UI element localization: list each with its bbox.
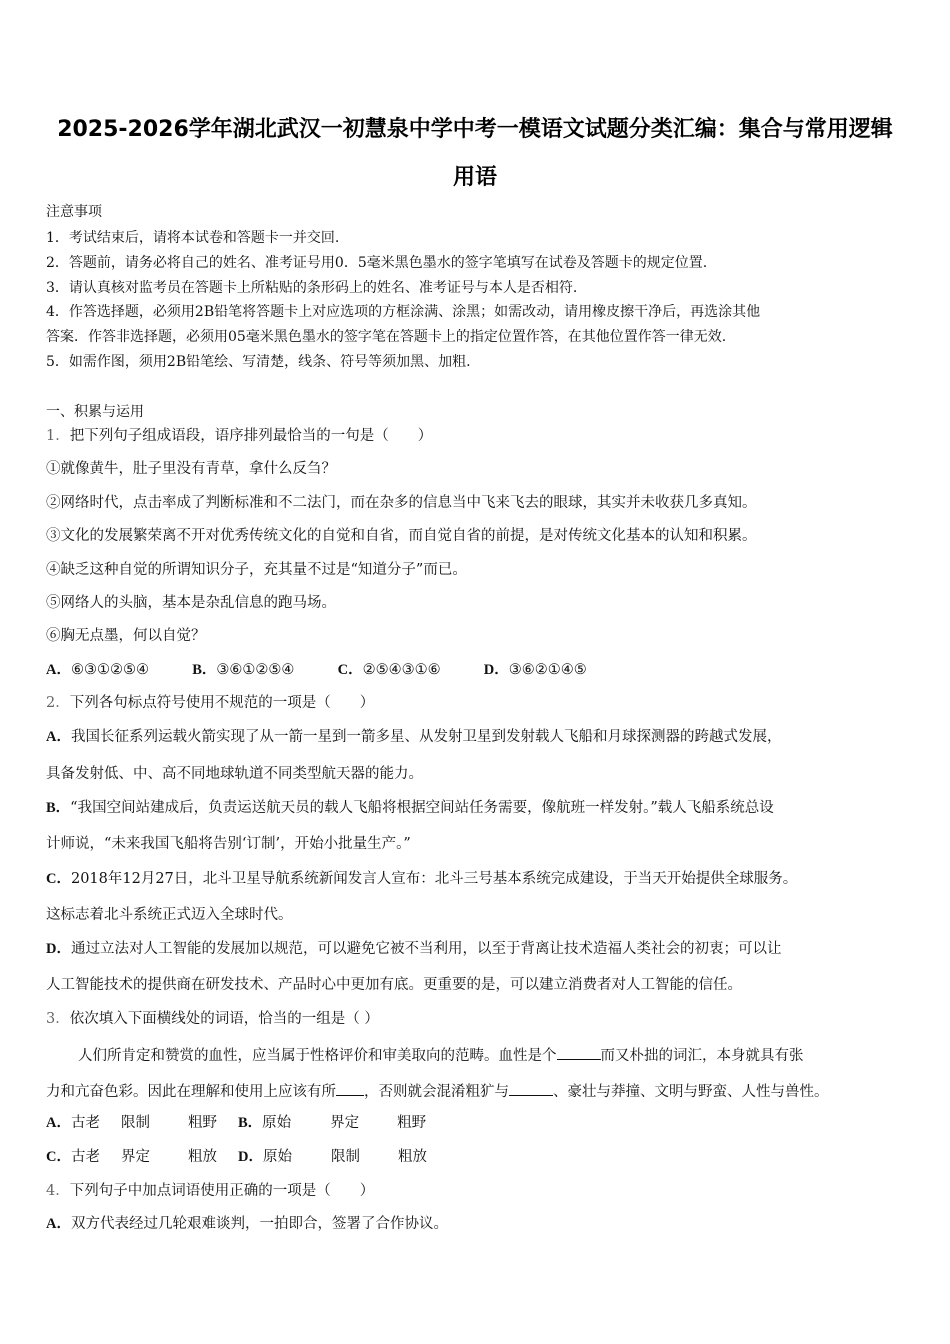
q2-option-d[interactable]: D．通过立法对人工智能的发展加以规范，可以避免它被不当利用，以至于背离让技术造福…	[46, 940, 781, 958]
question-3-stem: 3．依次填入下面横线处的词语，恰当的一组是（ ）	[46, 1010, 379, 1028]
q2-option-b-cont: 计师说，“未来我国飞船将告别‘订制’，开始小批量生产。”	[46, 835, 411, 853]
q3-option-a[interactable]: A．古老限制粗野	[46, 1115, 238, 1131]
q1-option-a[interactable]: A．⑥③①②⑤④	[46, 662, 149, 678]
q2-option-a[interactable]: A．我国长征系列运载火箭实现了从一箭一星到一箭多星、从发射卫星到发射载人飞船和月…	[46, 728, 781, 746]
q3-passage-line-2: 力和亢奋色彩。因此在理解和使用上应该有所，否则就会混淆粗犷与、豪壮与莽撞、文明与…	[46, 1081, 829, 1101]
question-number: 2．	[46, 695, 70, 711]
q1-sentence-1: ①就像黄牛，肚子里没有青草，拿什么反刍？	[46, 460, 336, 478]
q3-options-row-1: A．古老限制粗野B．原始界定粗野	[46, 1114, 426, 1132]
document-title-line1: 2025-2026学年湖北武汉一初慧泉中学中考一模语文试题分类汇编：集合与常用逻…	[0, 112, 950, 143]
notice-item-2: 2．答题前，请务必将自己的姓名、准考证号用0．5毫米黑色墨水的签字笔填写在试卷及…	[46, 254, 707, 272]
section-heading: 一、积累与运用	[46, 403, 144, 421]
q4-option-a[interactable]: A．双方代表经过几轮艰难谈判，一拍即合，签署了合作协议。	[46, 1215, 448, 1233]
question-text: 把下列句子组成语段，语序排列最恰当的一句是（ ）	[70, 428, 433, 444]
question-1-stem: 1．把下列句子组成语段，语序排列最恰当的一句是（ ）	[46, 427, 432, 445]
q1-options: A．⑥③①②⑤④ B．③⑥①②⑤④ C．②⑤④③①⑥ D．③⑥②①④⑤	[46, 661, 587, 679]
q3-passage-line-1: 人们所肯定和赞赏的血性，应当属于性格评价和审美取向的范畴。血性是个而又朴拙的词汇…	[78, 1045, 804, 1065]
notice-item-4-cont: 答案．作答非选择题，必须用05毫米黑色墨水的签字笔在答题卡上的指定位置作答，在其…	[46, 328, 726, 346]
fill-blank-3[interactable]	[509, 1081, 553, 1096]
fill-blank-2[interactable]	[336, 1081, 364, 1096]
question-text: 下列各句标点符号使用不规范的一项是（ ）	[70, 695, 375, 711]
q3-option-c[interactable]: C．古老界定粗放	[46, 1149, 238, 1165]
notice-item-4: 4．作答选择题，必须用2B铅笔将答题卡上对应选项的方框涂满、涂黑；如需改动，请用…	[46, 303, 760, 321]
question-number: 3．	[46, 1011, 70, 1027]
q2-option-c-cont: 这标志着北斗系统正式迈入全球时代。	[46, 906, 293, 924]
notice-heading: 注意事项	[46, 203, 102, 221]
q2-option-c[interactable]: C．2018年12月27日，北斗卫星导航系统新闻发言人宣布：北斗三号基本系统完成…	[46, 870, 797, 888]
question-2-stem: 2．下列各句标点符号使用不规范的一项是（ ）	[46, 694, 374, 712]
q1-option-d[interactable]: D．③⑥②①④⑤	[484, 662, 587, 678]
question-4-stem: 4．下列句子中加点词语使用正确的一项是（ ）	[46, 1182, 374, 1200]
question-number: 1．	[46, 428, 70, 444]
q2-option-d-cont: 人工智能技术的提供商在研发技术、产品时心中更加有底。更重要的是，可以建立消费者对…	[46, 976, 742, 994]
document-title-line2: 用语	[0, 160, 950, 191]
q1-sentence-4: ④缺乏这种自觉的所谓知识分子，充其量不过是“知道分子”而已。	[46, 561, 467, 579]
notice-item-1: 1．考试结束后，请将本试卷和答题卡一并交回.	[46, 229, 339, 247]
notice-item-3: 3．请认真核对监考员在答题卡上所粘贴的条形码上的姓名、准考证号与本人是否相符.	[46, 279, 577, 297]
q1-sentence-5: ⑤网络人的头脑，基本是杂乱信息的跑马场。	[46, 594, 336, 612]
q2-option-a-cont: 具备发射低、中、高不同地球轨道不同类型航天器的能力。	[46, 765, 423, 783]
fill-blank-1[interactable]	[557, 1045, 601, 1060]
q1-option-b[interactable]: B．③⑥①②⑤④	[192, 662, 294, 678]
q3-option-b[interactable]: B．原始界定粗野	[238, 1115, 426, 1131]
q3-option-d[interactable]: D．原始限制粗放	[238, 1149, 427, 1165]
q1-sentence-2: ②网络时代，点击率成了判断标准和不二法门，而在杂多的信息当中飞来飞去的眼球，其实…	[46, 494, 757, 512]
question-number: 4．	[46, 1183, 70, 1199]
q1-sentence-3: ③文化的发展繁荣离不开对优秀传统文化的自觉和自省，而自觉自省的前提，是对传统文化…	[46, 527, 757, 545]
q3-options-row-2: C．古老界定粗放D．原始限制粗放	[46, 1148, 427, 1166]
question-text: 下列句子中加点词语使用正确的一项是（ ）	[70, 1183, 375, 1199]
q1-sentence-6: ⑥胸无点墨，何以自觉？	[46, 627, 206, 645]
exam-page: 2025-2026学年湖北武汉一初慧泉中学中考一模语文试题分类汇编：集合与常用逻…	[0, 0, 950, 1344]
notice-item-5: 5．如需作图，须用2B铅笔绘、写清楚，线条、符号等须加黑、加粗.	[46, 353, 471, 371]
question-text: 依次填入下面横线处的词语，恰当的一组是（ ）	[70, 1011, 379, 1027]
q1-option-c[interactable]: C．②⑤④③①⑥	[338, 662, 441, 678]
q2-option-b[interactable]: B．“我国空间站建成后，负责运送航天员的载人飞船将根据空间站任务需要，像航班一样…	[46, 799, 774, 817]
